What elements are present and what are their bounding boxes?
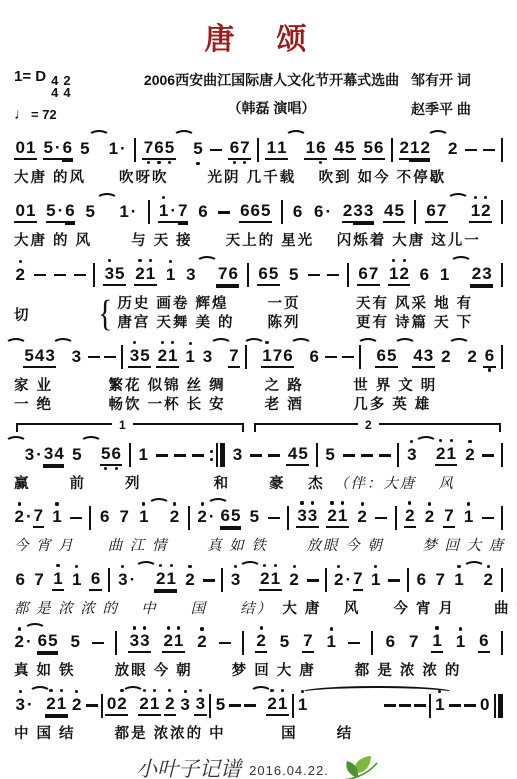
transcription-date: 2016.04.22. <box>249 763 329 778</box>
note: 21 <box>45 695 68 716</box>
note-digit: 3 <box>43 445 53 462</box>
duration-dash <box>218 211 230 214</box>
octave-dot-high <box>270 689 273 692</box>
barline <box>371 631 373 655</box>
lyrics-block: 都 是 浓 浓 的 中 国 结） 大 唐 风 今 宵 月 曲 江 情 <box>14 600 503 620</box>
note: 6 <box>483 347 495 368</box>
note: 21 <box>162 632 185 653</box>
note: 21 <box>156 347 179 368</box>
note-digit: 1 <box>262 347 272 364</box>
note: 6 <box>89 570 101 591</box>
octave-dot-low <box>243 161 246 164</box>
note-digit: 3 <box>353 202 363 219</box>
note-digit: 0 <box>15 202 25 219</box>
tie-arc <box>447 193 469 206</box>
note: 7 <box>33 571 45 590</box>
note: 5 <box>324 446 336 465</box>
note: 1 <box>71 571 83 590</box>
note: 6 <box>14 571 26 590</box>
note-digit: 6 <box>426 202 436 219</box>
duration-dash <box>325 356 337 359</box>
note-digit: 2 <box>165 695 175 712</box>
note: 1 <box>51 508 63 527</box>
note: 21 <box>266 695 289 716</box>
lyric-segment: 赢 前 列 和 豪 杰 <box>14 476 341 492</box>
lyric-row: 大唐 的风 吹呀吹 光阴 几千载 吹到 如今 不停歇 <box>14 169 503 189</box>
note: 665 <box>239 202 272 223</box>
augmentation-dot: · <box>170 202 176 219</box>
note-digit: 2 <box>441 348 451 365</box>
note-digit: 7 <box>353 570 363 587</box>
duration-dash <box>88 356 100 359</box>
note-digit: 5 <box>249 508 259 525</box>
note-digit: 5 <box>394 202 404 219</box>
note: 3 <box>70 348 82 367</box>
note-digit: 2 <box>155 570 165 587</box>
octave-dot-high <box>293 565 296 568</box>
note-digit: 2 <box>256 632 266 649</box>
note: 21 <box>138 695 161 716</box>
note-digit: 5 <box>101 445 111 462</box>
note: 1 <box>137 446 149 465</box>
note-digit: 6 <box>385 633 395 650</box>
octave-dot-high <box>169 260 172 263</box>
octave-dot-high <box>474 196 477 199</box>
score-line: 015·651·765567111645562122大唐 的风 吹呀吹 光阴 几… <box>14 133 503 189</box>
augmentation-dot: · <box>55 139 61 156</box>
note: 5 <box>278 633 290 652</box>
note: 1 <box>370 571 382 590</box>
barline <box>121 345 123 369</box>
lyric-segment: （伴：大唐 风 <box>341 476 455 492</box>
lyric-rows: 真 如 铁 放眼 今 朝 梦 回 大 唐 都 是 浓 浓 的 <box>14 662 503 682</box>
note-digit: 5 <box>46 202 56 219</box>
lyric-rows: 家 业 繁花 似锦 丝 绸 之 路 世 界 文 明一 绝 畅饮 一杯 长 安 老… <box>14 377 503 416</box>
duration-dash <box>219 642 231 645</box>
note: 2 <box>164 695 176 716</box>
note-digit: 3 <box>232 446 242 463</box>
lyric-rows: 大唐 的风 吹呀吹 光阴 几千载 吹到 如今 不停歇 <box>14 169 503 189</box>
note-group: 2·7 <box>14 507 44 528</box>
note-digit: 6 <box>484 347 494 364</box>
note: 176 <box>261 347 294 368</box>
note-digit: 5 <box>43 139 53 156</box>
note: 3· <box>117 571 138 590</box>
barline <box>292 694 294 718</box>
note: 7 <box>353 570 363 591</box>
note-digit: 2 <box>420 139 430 156</box>
note: 2 <box>184 571 196 590</box>
note: 3 <box>353 202 363 223</box>
octave-dot-high <box>75 565 78 568</box>
note-digit: 2 <box>357 508 367 525</box>
octave-dot-high <box>439 439 442 442</box>
barline <box>93 263 95 287</box>
lyrics-block: 真 如 铁 放眼 今 朝 梦 回 大 唐 都 是 浓 浓 的 <box>14 662 503 682</box>
note: 3· <box>24 446 43 465</box>
note-digit: 5 <box>140 347 150 364</box>
note-digit: 3 <box>423 347 433 364</box>
note-digit: 4 <box>34 347 44 364</box>
note-digit: 2 <box>399 139 409 156</box>
note: 1· <box>158 202 177 223</box>
note: 7 <box>443 507 455 528</box>
duration-dash <box>483 149 495 152</box>
note-digit: 6 <box>228 265 238 282</box>
note-digit: 2 <box>447 140 457 157</box>
note: 3 <box>231 446 243 465</box>
note-digit: 6 <box>154 139 164 156</box>
note-digit: 2 <box>14 633 24 650</box>
note-digit: 4 <box>384 202 394 219</box>
octave-dot-high <box>234 565 237 568</box>
note-digit: 7 <box>435 571 445 588</box>
performer: （韩磊 演唱） <box>132 98 411 118</box>
note-digit: 7 <box>143 139 153 156</box>
note: 2 <box>440 348 452 367</box>
composer: 赵季平 曲 <box>411 99 503 119</box>
note: 2 <box>466 348 478 367</box>
notation-line: 671163·21232122·716712 <box>14 564 503 597</box>
duration-dash <box>482 517 494 520</box>
note-digit: 1 <box>266 139 276 156</box>
note-digit: 1 <box>25 139 35 156</box>
note-digit: 6 <box>99 508 109 525</box>
lyrics-block: 家 业 繁花 似锦 丝 绸 之 路 世 界 文 明一 绝 畅饮 一杯 长 安 老… <box>14 377 503 416</box>
note-digit: 2 <box>471 265 481 282</box>
note: 21 <box>154 570 177 591</box>
note: 6 <box>62 139 72 160</box>
note-digit: 0 <box>15 139 25 156</box>
duration-dash <box>449 704 461 707</box>
note-digit: 3 <box>186 266 196 283</box>
note-digit: 6 <box>90 570 100 587</box>
note: 43 <box>412 347 435 368</box>
note-digit: 2 <box>185 571 195 588</box>
octave-dot-high <box>374 565 377 568</box>
note-digit: 2 <box>483 571 493 588</box>
duration-dash <box>384 704 396 707</box>
lyric-segment: 今 宵 月 曲 江 情 真 如 铁 放眼 今 朝 梦 回 大 唐 <box>14 538 505 554</box>
note-digit: 3 <box>363 202 373 219</box>
note-digit: 2 <box>197 633 207 650</box>
score-line: 671163·21232122·716712都 是 浓 浓 的 中 国 结） 大… <box>14 564 503 620</box>
note-digit: 6 <box>240 202 250 219</box>
octave-dot-high <box>330 627 333 630</box>
barline <box>247 263 249 287</box>
note: 2 <box>482 571 494 590</box>
dot <box>210 458 213 461</box>
note: 5· <box>46 202 65 223</box>
volta-bracket-2: 2 <box>254 423 501 432</box>
leaf-icon <box>337 753 381 779</box>
note-digit: 1 <box>53 570 63 587</box>
lyric-segment: 大唐 的风 吹呀吹 光阴 几千载 吹到 如今 不停歇 <box>14 170 446 186</box>
note: 1 <box>409 139 419 160</box>
note: 16 <box>304 139 327 160</box>
notation-line: 3·34556134553212 <box>14 439 503 472</box>
note-digit: 3 <box>180 696 190 713</box>
key-tempo-block: 1= D4424 ♩= 72 <box>14 68 132 123</box>
note: 65 <box>257 265 280 286</box>
meter-1: 44 <box>51 75 58 98</box>
note: 3 <box>194 695 206 716</box>
lyric-row: 一 绝 畅饮 一杯 长 安 老 酒 几多 英 雄 <box>14 396 503 416</box>
note: 33 <box>128 632 151 653</box>
note: 11 <box>265 139 288 160</box>
note-digit: 3 <box>140 632 150 649</box>
duration-dash <box>375 517 387 520</box>
note: 76 <box>216 265 239 286</box>
octave-dot-high <box>19 260 22 263</box>
octave-dot-high <box>121 565 124 568</box>
score-footer: 小叶子记谱 2016.04.22. <box>14 753 503 779</box>
note-digit: 6 <box>314 203 324 220</box>
note-digit: 1 <box>432 632 442 649</box>
octave-dot-high <box>143 689 146 692</box>
octave-dot-high <box>265 341 268 344</box>
note-digit: 7 <box>229 347 239 364</box>
note-group: 2·65 <box>197 507 241 528</box>
barline <box>325 568 327 592</box>
note-digit: 1 <box>119 203 129 220</box>
note-digit: 1 <box>138 446 148 463</box>
barline <box>347 263 349 287</box>
note: 5 <box>79 140 91 159</box>
augmentation-dot: · <box>326 203 332 220</box>
note-digit: 5 <box>24 347 34 364</box>
note: 5· <box>43 139 62 160</box>
note-digit: 1 <box>409 139 419 156</box>
note-digit: 7 <box>436 202 446 219</box>
note: 21 <box>134 265 157 286</box>
note: 33 <box>296 507 319 528</box>
note: 67 <box>228 139 251 160</box>
note: 1 <box>454 633 466 652</box>
duration-dash <box>86 704 98 707</box>
octave-dot-high <box>142 502 145 505</box>
note-digit: 4 <box>54 445 64 462</box>
note: 2· <box>334 571 353 590</box>
octave-dot-high <box>337 565 340 568</box>
octave-dot-high <box>468 440 471 443</box>
note-digit: 4 <box>334 139 344 156</box>
duration-dash <box>342 356 354 359</box>
octave-dot-high <box>143 626 146 629</box>
duration-dash <box>203 579 215 582</box>
augmentation-dot: · <box>26 508 32 525</box>
note-digit: 1 <box>168 347 178 364</box>
note-digit: 2 <box>465 446 475 463</box>
note: 2· <box>197 508 216 527</box>
note: 5 <box>69 633 81 652</box>
note: 45 <box>286 445 309 466</box>
duration-dash <box>343 454 355 457</box>
note-digit: 2 <box>334 571 344 588</box>
barline <box>501 138 503 162</box>
duration-dash <box>74 274 86 277</box>
note-digit: 2 <box>157 347 167 364</box>
octave-dot-high <box>168 689 171 692</box>
barline <box>501 443 503 467</box>
octave-dot-high <box>49 689 52 692</box>
quarter-note-icon: ♩ <box>14 106 29 123</box>
octave-dot-high <box>171 341 174 344</box>
lyrics-block: 今 宵 月 曲 江 情 真 如 铁 放眼 今 朝 梦 回 大 唐 <box>14 537 503 557</box>
note: 1 <box>462 508 474 527</box>
note-digit: 5 <box>115 265 125 282</box>
duration-dash <box>464 704 476 707</box>
note-digit: 3 <box>15 696 25 713</box>
duration-dash <box>250 454 262 457</box>
octave-dot-high <box>274 564 277 567</box>
note: 7 <box>302 632 314 653</box>
note: 1 <box>52 570 64 591</box>
note: 65 <box>220 507 241 528</box>
note-digit: 2 <box>135 265 145 282</box>
note: 2 <box>70 696 82 715</box>
note-digit: 3 <box>45 347 55 364</box>
lyric-row: 历史 画卷 辉煌 一页 天有 风采 地 有 <box>117 295 503 315</box>
octave-dot-high <box>108 259 111 262</box>
note: 67 <box>425 202 448 223</box>
duration-dash <box>399 704 411 707</box>
meter-2: 24 <box>63 75 70 98</box>
note-digit: 5 <box>72 446 82 463</box>
note: 23 <box>470 265 493 286</box>
note: 5 <box>288 266 300 285</box>
volta-bracket-1: 1 <box>16 423 244 432</box>
lyric-rows: 今 宵 月 曲 江 情 真 如 铁 放眼 今 朝 梦 回 大 唐 <box>14 537 505 557</box>
note-digit: 5 <box>268 265 278 282</box>
note: 6 <box>478 632 490 653</box>
lyrics-block: 赢 前 列 和 豪 杰 （伴：大唐 风 <box>14 475 503 495</box>
note-digit: 5 <box>193 140 203 157</box>
octave-dot-high <box>189 342 192 345</box>
note-digit: 1 <box>326 633 336 650</box>
note-digit: 6 <box>283 347 293 364</box>
note-digit: 2 <box>467 348 477 365</box>
augmentation-dot: · <box>130 571 136 588</box>
note: 5 <box>248 508 260 527</box>
note-group: 5·6 <box>43 139 73 160</box>
barline <box>221 568 223 592</box>
note-digit: 5 <box>164 139 174 156</box>
note-digit: 1 <box>439 266 449 283</box>
note: 3 <box>229 571 241 590</box>
duration-dash <box>379 454 391 457</box>
note-digit: 6 <box>309 348 319 365</box>
note-digit: 3 <box>129 347 139 364</box>
note: 1 <box>138 508 150 527</box>
note-digit: 6 <box>62 139 72 156</box>
note-group: 212 <box>399 139 430 160</box>
note-digit: 2 <box>481 202 491 219</box>
barline <box>316 443 318 467</box>
note-digit: 1 <box>56 695 66 712</box>
notation-line: 2·7167122·655332122271 <box>14 501 503 534</box>
note-digit: 2 <box>15 266 25 283</box>
note-digit: 3 <box>202 348 212 365</box>
notation-line: 2·65533212257167116 <box>14 626 503 659</box>
note: 6· <box>313 203 334 222</box>
octave-dot-high <box>403 259 406 262</box>
barline <box>501 568 503 592</box>
note-digit: 1 <box>463 508 473 525</box>
note: 6 <box>291 203 303 222</box>
note-digit: 1 <box>166 570 176 587</box>
barline <box>188 506 190 530</box>
note: 2· <box>14 508 33 527</box>
note: 3· <box>14 696 35 715</box>
note-digit: 7 <box>368 265 378 282</box>
barline <box>281 200 283 224</box>
lyrics-brace: { <box>98 293 112 336</box>
barline <box>209 694 211 718</box>
note-digit: 3 <box>297 507 307 524</box>
barline <box>501 345 503 369</box>
note: 7 <box>228 347 240 368</box>
note: 5 <box>214 696 226 715</box>
barline <box>501 506 503 530</box>
lyric-rows: 中 国 结 都是 浓浓的 中 国 结 <box>14 725 503 745</box>
notation-line: 5433352113717666543226 <box>14 341 503 374</box>
octave-dot-high <box>133 626 136 629</box>
note-digit: 3 <box>71 348 81 365</box>
note: 2 <box>356 508 368 527</box>
barline <box>287 506 289 530</box>
octave-dot-high <box>60 689 63 692</box>
note-digit: 6 <box>15 571 25 588</box>
note-digit: 7 <box>240 139 250 156</box>
note-digit: 0 <box>479 696 489 713</box>
note-digit: 1 <box>455 633 465 650</box>
barline <box>101 694 103 718</box>
note: 21 <box>326 507 349 528</box>
note-digit: 2 <box>139 695 149 712</box>
tie-arc <box>196 256 218 269</box>
note-digit: 2 <box>260 570 270 587</box>
notation-line: 23521137665567126123 <box>14 259 503 292</box>
note-digit: 5 <box>325 446 335 463</box>
note-digit: 1 <box>371 571 381 588</box>
octave-dot-high <box>173 502 176 505</box>
note-digit: 1 <box>145 265 155 282</box>
barline <box>395 506 397 530</box>
note-digit: 2 <box>71 696 81 713</box>
lyric-row: 赢 前 列 和 豪 杰 （伴：大唐 风 <box>14 475 503 495</box>
barline <box>501 200 503 224</box>
note: 56 <box>362 139 385 160</box>
octave-dot-low <box>104 467 107 470</box>
note: 3 <box>406 446 418 465</box>
tempo-mark: ♩= 72 <box>14 106 132 123</box>
note-digit: 2 <box>436 445 446 462</box>
note: 3 <box>185 266 197 285</box>
duration-dash <box>244 704 256 707</box>
augmentation-dot: · <box>131 203 137 220</box>
note: 7 <box>33 507 43 528</box>
note-digit: 1 <box>72 571 82 588</box>
note-digit: 3 <box>24 446 34 463</box>
note: 2 <box>420 139 430 160</box>
tie-arc <box>96 193 118 206</box>
octave-dot-high <box>55 502 58 505</box>
duration-dash <box>307 579 319 582</box>
note-digit: 7 <box>34 571 44 588</box>
lyric-row: 大唐 的 风 与 天 接 天上的 星光 闪烁着 大唐 这儿一 <box>14 232 503 252</box>
note: 65 <box>375 347 398 368</box>
